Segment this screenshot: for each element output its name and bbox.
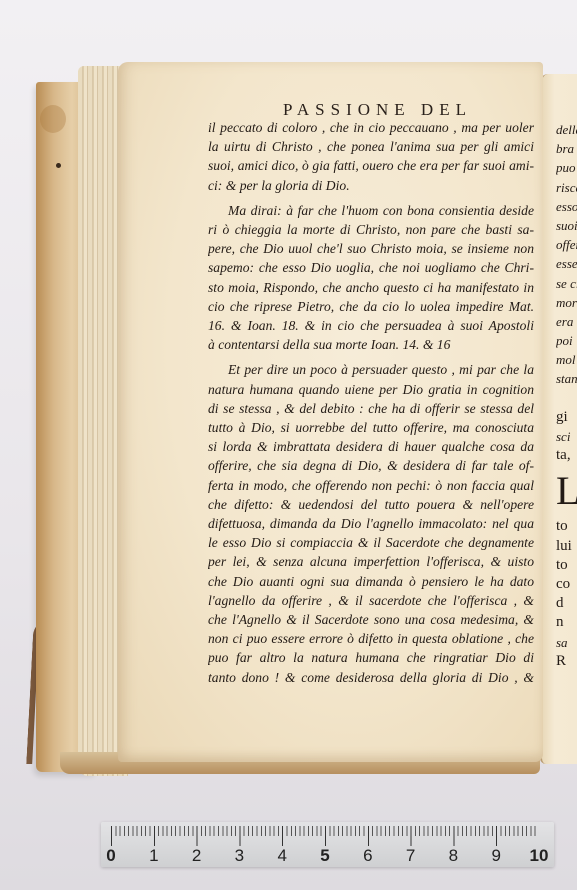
- measurement-ruler: 0 1 2 3 4 5 6 7 8 9 10: [101, 822, 554, 867]
- text-line: difettuosa, dimanda da Dio l'agnello imm…: [208, 514, 534, 533]
- running-header: PASSIONE DEL: [283, 100, 473, 120]
- text-line: à contentarsi della sua morte Ioan. 14. …: [208, 335, 534, 354]
- text-line: si lorda & imbrattata desidera di hauer …: [208, 437, 534, 456]
- text-line: suoi, amici dico, ò gia fatti, ouero che…: [208, 156, 534, 175]
- facing-line: puo: [556, 158, 577, 177]
- facing-line: n: [556, 613, 577, 632]
- ruler-ticks: [111, 826, 539, 846]
- text-line: Ma dirai: à far che l'huom con bona cons…: [208, 201, 534, 220]
- facing-line: se ci: [556, 274, 577, 293]
- text-line: sapemo: che esso Dio uoglia, che noi uog…: [208, 258, 534, 277]
- facing-line: d: [556, 594, 577, 613]
- facing-line: to: [556, 517, 577, 536]
- facing-line: offer: [556, 235, 577, 254]
- text-line: ci: & per la gloria di Dio.: [208, 176, 534, 195]
- ruler-label: 1: [142, 846, 166, 866]
- facing-line: mol: [556, 350, 577, 369]
- text-line: Et per dire un poco à persuader questo ,…: [208, 360, 534, 379]
- facing-line: gi: [556, 408, 577, 427]
- ruler-labels: 0 1 2 3 4 5 6 7 8 9 10: [101, 846, 554, 866]
- facing-line: poi: [556, 331, 577, 350]
- text-line: ri ò chieggia la morte di Christo, non p…: [208, 220, 534, 239]
- facing-line: risce: [556, 178, 577, 197]
- facing-initial-letter: L: [556, 465, 577, 517]
- page-body-text: il peccato di coloro , che in cio peccau…: [208, 118, 534, 687]
- text-line: 16. & Ioan. 18. & in cio che persuadea à…: [208, 316, 534, 335]
- ruler-label: 0: [99, 846, 123, 866]
- facing-line: stan: [556, 369, 577, 388]
- ruler-label: 9: [484, 846, 508, 866]
- ruler-label: 8: [441, 846, 465, 866]
- text-line: le esso Dio si compiaccia & il Sacerdote…: [208, 533, 534, 552]
- text-line: natura humana quando uiene per Dio grati…: [208, 380, 534, 399]
- facing-line: co: [556, 575, 577, 594]
- text-line: di se stessa , & del debito : che ha di …: [208, 399, 534, 418]
- facing-line: esser: [556, 254, 577, 273]
- ruler-label: 4: [270, 846, 294, 866]
- text-line: la uirtu di Christo , che ponea l'anima …: [208, 137, 534, 156]
- facing-line: suoi: [556, 216, 577, 235]
- text-line: pere, che Dio uuol che'l suo Christo moi…: [208, 239, 534, 258]
- text-line: tutto à Dio, si uorrebbe del tutto offer…: [208, 418, 534, 437]
- text-line: tanto dono ! & come desiderosa della glo…: [208, 668, 534, 687]
- text-line: per lei, & senza alcuna imperfettion l'o…: [208, 552, 534, 571]
- text-line: che difetto: & uedendosi del tutto pouer…: [208, 495, 534, 514]
- facing-line: mor: [556, 293, 577, 312]
- ruler-label: 7: [399, 846, 423, 866]
- facing-line: to: [556, 556, 577, 575]
- ruler-label: 2: [185, 846, 209, 866]
- ruler-label: 6: [356, 846, 380, 866]
- facing-line: della: [556, 120, 577, 139]
- facing-line: sa: [556, 633, 577, 652]
- facing-line: R: [556, 652, 577, 671]
- cover-stain: [40, 105, 66, 133]
- text-line: cio che riprese Pietro, che da cio lo uo…: [208, 297, 534, 316]
- text-line: ferta in modo, che offerendo non pechi: …: [208, 476, 534, 495]
- text-line: sto moia, Rispondo, che ancho questo ci …: [208, 278, 534, 297]
- facing-line: bra: [556, 139, 577, 158]
- facing-line: ta,: [556, 446, 577, 465]
- ruler-label: 5: [313, 846, 337, 866]
- text-line: che Dio auanti ogni sua dimanda ò pensie…: [208, 572, 534, 591]
- text-line: il peccato di coloro , che in cio peccau…: [208, 118, 534, 137]
- facing-line: [556, 389, 577, 408]
- cover-wormhole: [56, 163, 61, 168]
- facing-line: esso e: [556, 197, 577, 216]
- ruler-label: 3: [227, 846, 251, 866]
- text-line: che l'Agnello & il Sacerdote sono una co…: [208, 610, 534, 629]
- facing-page-text: della bra puo risce esso e suoi offer es…: [556, 120, 577, 671]
- ruler-label: 10: [527, 846, 551, 866]
- facing-line: sci: [556, 427, 577, 446]
- facing-line: lui: [556, 537, 577, 556]
- text-line: offerire, che sia degna di Dio, & deside…: [208, 456, 534, 475]
- text-line: l'agnello da offerire , & il sacerdote c…: [208, 591, 534, 610]
- facing-line: era: [556, 312, 577, 331]
- text-line: non ci puo essere errore ò difetto in qu…: [208, 629, 534, 648]
- text-line: puo far altro la natura humana che ringr…: [208, 648, 534, 667]
